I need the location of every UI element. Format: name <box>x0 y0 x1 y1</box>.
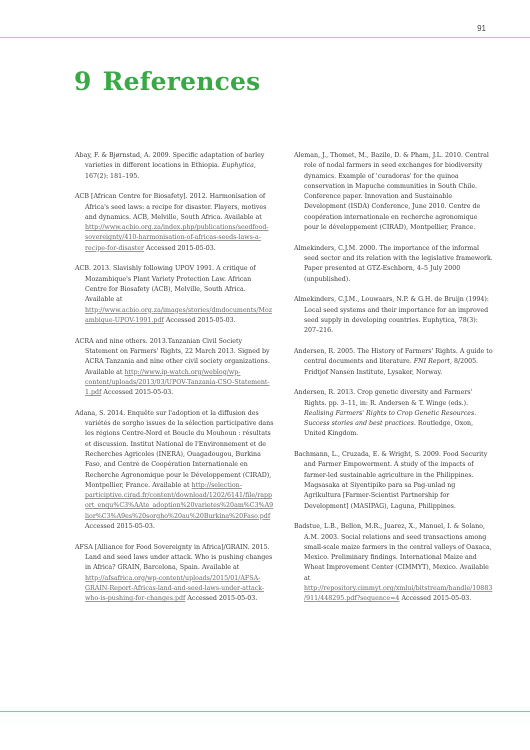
reference-entry: ACRA and nine others. 2013.Tanzanian Civ… <box>75 337 275 399</box>
footer-divider <box>0 711 530 712</box>
page-number: 91 <box>477 24 486 33</box>
reference-entry: Abay, F. & Bjørnstad, A. 2009. Specific … <box>75 151 275 182</box>
reference-entry: Andersen, R. 2013. Crop genetic diversit… <box>294 388 494 439</box>
reference-entry: Adana, S. 2014. Enquête sur l'adoption e… <box>75 409 275 533</box>
reference-entry: Almekinders, C.J.M., Louwaars, N.P. & G.… <box>294 295 494 336</box>
references-column-right: Aleman, J., Thomet, M., Bazile, D. & Pha… <box>294 151 494 615</box>
reference-entry: Aleman, J., Thomet, M., Bazile, D. & Pha… <box>294 151 494 233</box>
reference-entry: ACB. 2013. Slavishly following UPOV 1991… <box>75 264 275 326</box>
reference-entry: AFSA [Alliance for Food Sovereignty in A… <box>75 543 275 605</box>
chapter-title: References <box>103 67 261 96</box>
reference-entry: Badstue, L.B., Bellon, M.R., Juarez, X.,… <box>294 522 494 604</box>
reference-entry: Andersen, R. 2005. The History of Farmer… <box>294 347 494 378</box>
header-divider <box>0 37 530 38</box>
reference-entry: Bachmann, L., Cruzada, E. & Wright, S. 2… <box>294 450 494 512</box>
references-column-left: Abay, F. & Bjørnstad, A. 2009. Specific … <box>75 151 275 615</box>
reference-entry: Almekinders, C.J.M. 2000. The importance… <box>294 244 494 285</box>
reference-entry: ACB [African Centre for Biosafety]. 2012… <box>75 192 275 254</box>
chapter-number: 9 <box>74 67 92 96</box>
chapter-heading: 9References <box>74 67 260 96</box>
footer-band <box>0 706 530 730</box>
